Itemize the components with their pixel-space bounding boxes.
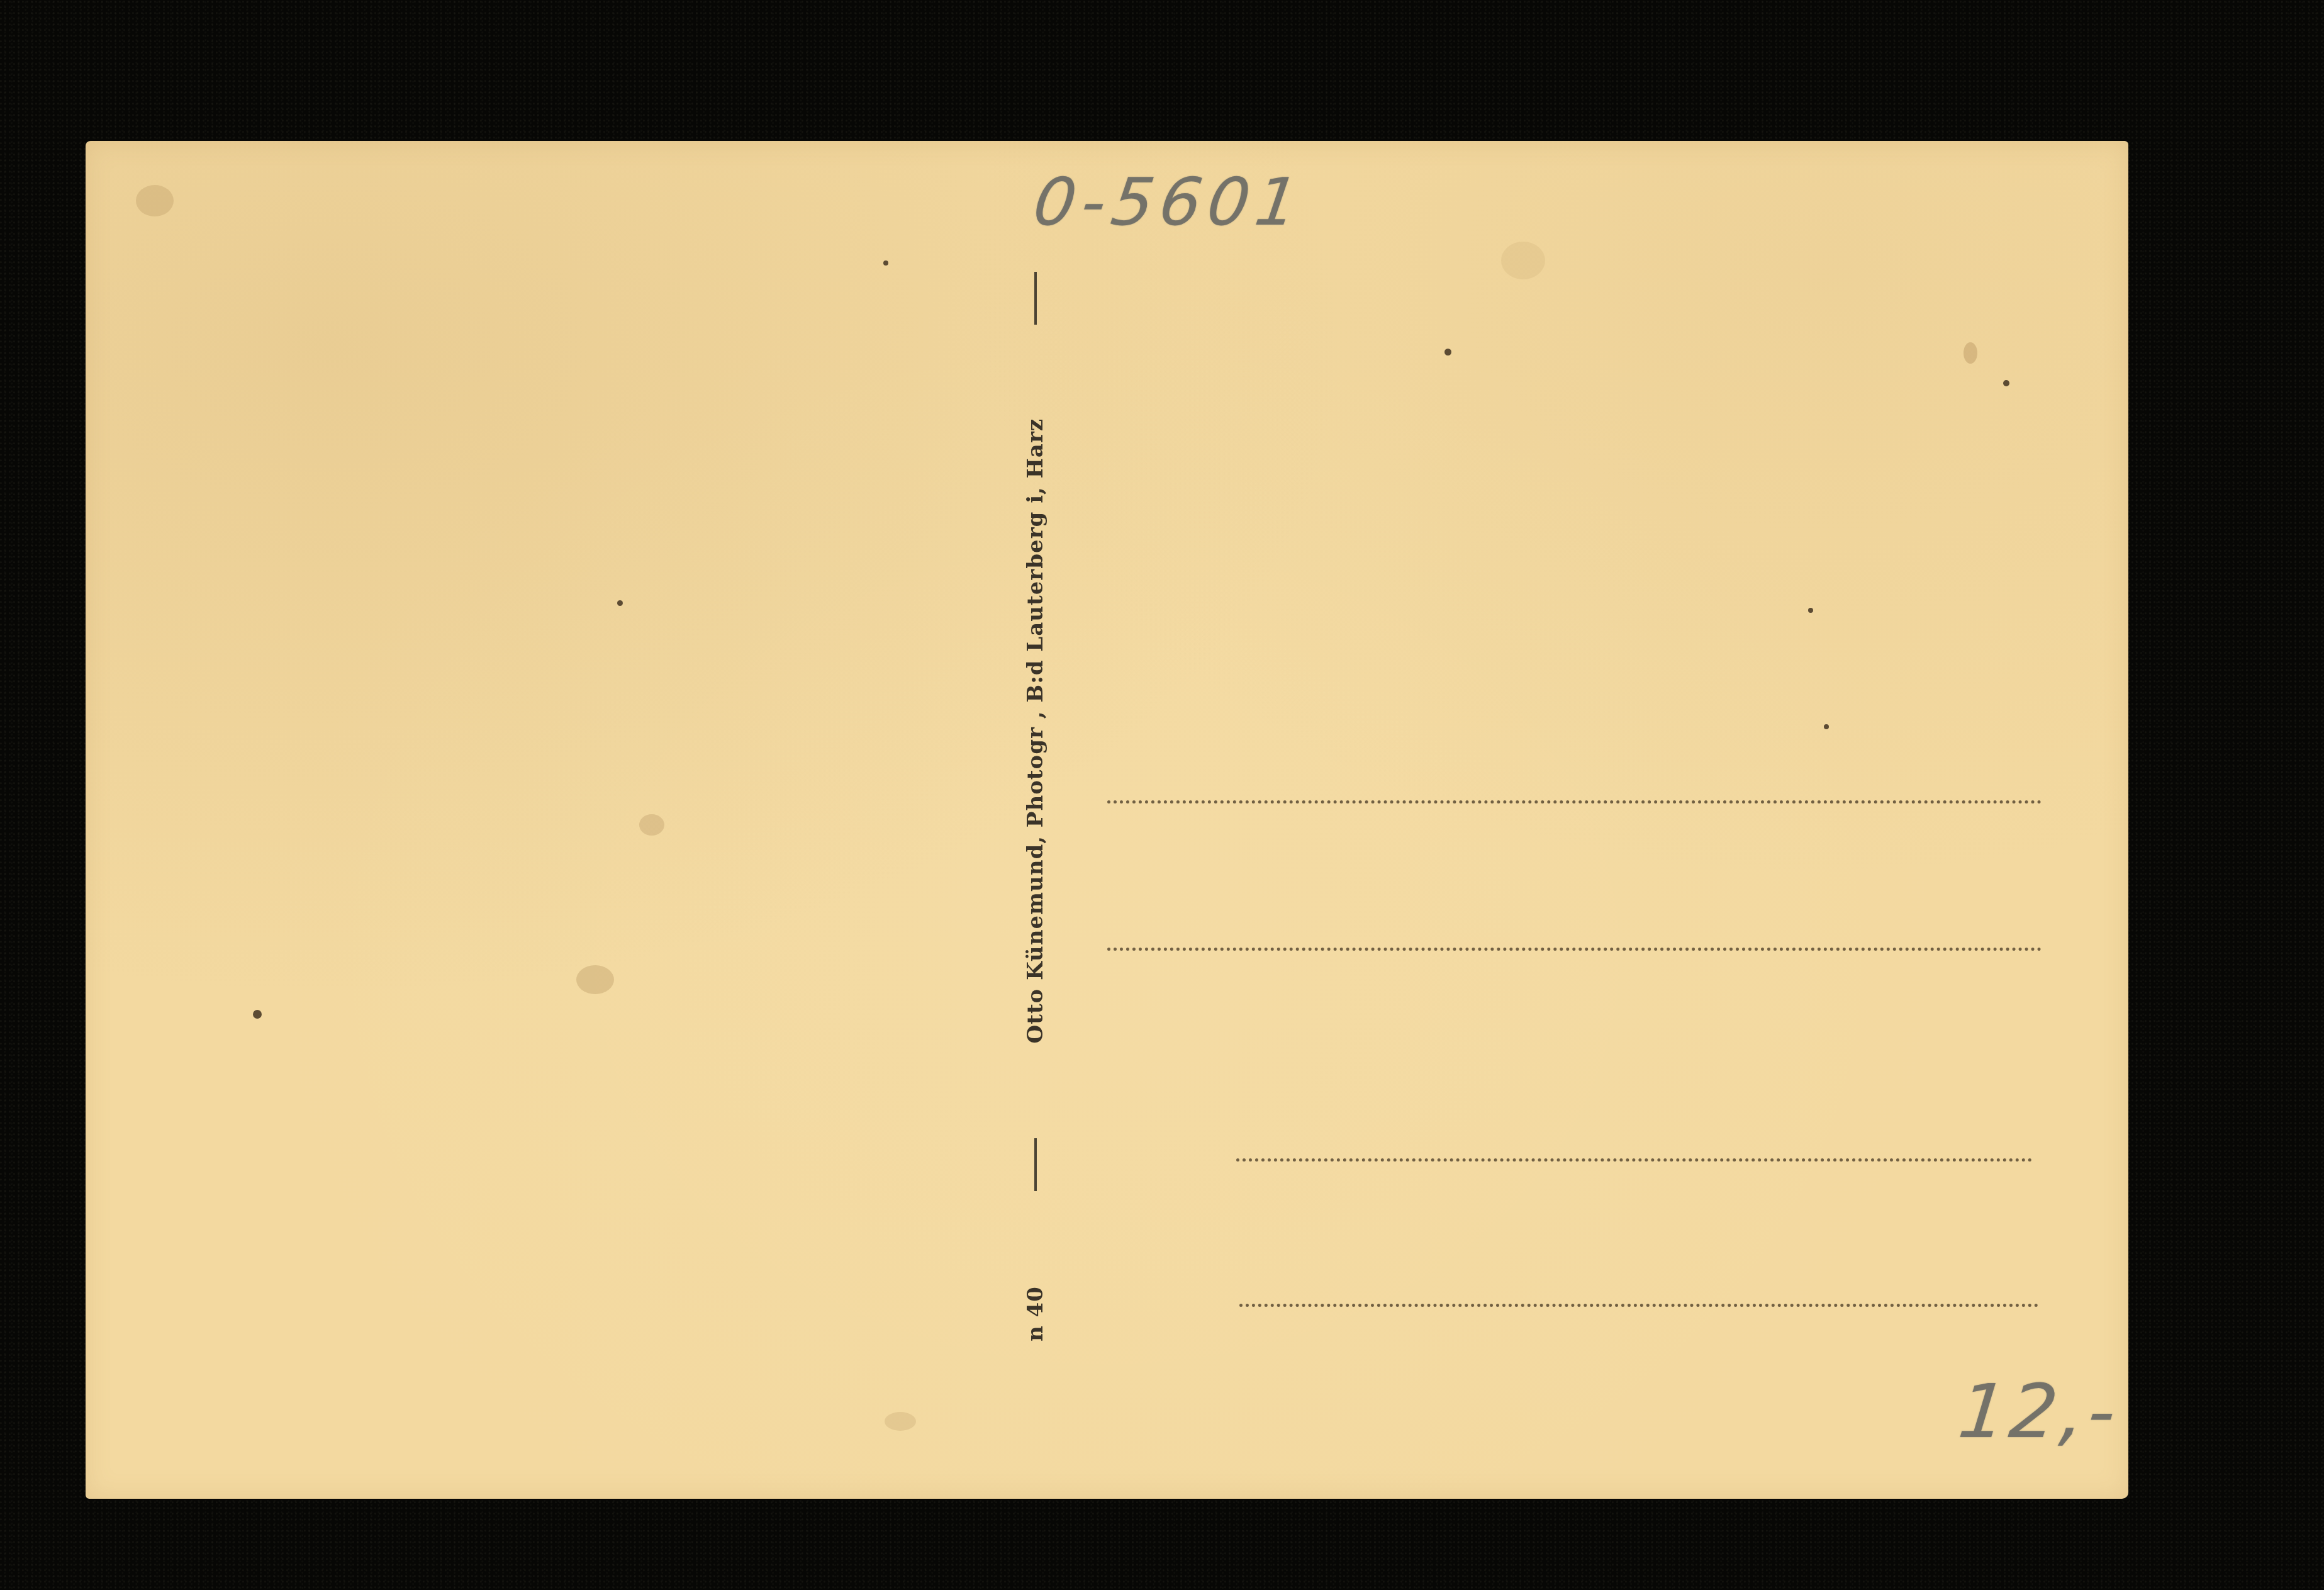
address-line	[1107, 800, 2042, 803]
stain	[885, 1412, 916, 1431]
speck	[1824, 724, 1829, 729]
stain	[136, 185, 174, 216]
series-code: n 40	[1023, 1286, 1048, 1341]
postcard: n 40 Otto Künemund, Photogr , B:d Lauter…	[86, 141, 2128, 1499]
address-line	[1239, 1304, 2038, 1307]
speck	[1808, 608, 1813, 613]
speck	[617, 600, 623, 606]
imprint-dash	[1034, 1138, 1037, 1191]
stain	[1964, 342, 1977, 364]
speck	[253, 1010, 262, 1019]
speck	[1444, 349, 1451, 356]
publisher-imprint: n 40 Otto Künemund, Photogr , B:d Lauter…	[1023, 272, 1048, 1341]
price-annotation: 12,-	[1955, 1368, 2124, 1455]
address-line	[1236, 1158, 2032, 1162]
imprint-dash	[1034, 272, 1037, 325]
speck	[2003, 380, 2009, 386]
publisher-name: Otto Künemund, Photogr , B:d Lauterberg …	[1023, 418, 1048, 1044]
speck	[883, 260, 888, 266]
stain	[1501, 242, 1545, 279]
stain	[576, 965, 614, 994]
stain	[639, 814, 664, 836]
address-line	[1107, 948, 2042, 951]
inventory-number-annotation: 0-5601	[1029, 164, 1309, 240]
